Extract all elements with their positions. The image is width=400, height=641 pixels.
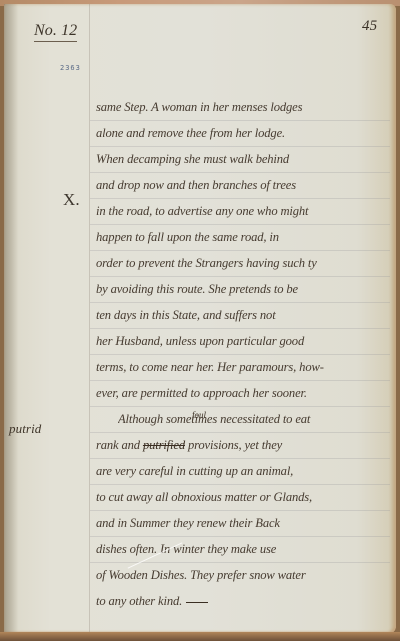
- text-line: ever, are permitted to approach her soon…: [96, 386, 392, 401]
- page-number: 45: [362, 18, 377, 35]
- ruled-line: [90, 510, 390, 511]
- text-line: Although sometimes necessitated to eat: [118, 412, 392, 427]
- margin-rule: [89, 4, 90, 634]
- ruled-line: [90, 328, 390, 329]
- text-line: same Step. A woman in her menses lodges: [96, 100, 392, 115]
- text-line: terms, to come near her. Her paramours, …: [96, 360, 392, 375]
- text-line-final: to any other kind.: [96, 594, 392, 609]
- text-line: in the road, to advertise any one who mi…: [96, 204, 392, 219]
- ruled-line: [90, 120, 390, 121]
- ruled-line: [90, 354, 390, 355]
- entry-number: No. 12: [34, 22, 77, 42]
- text-line: to cut away all obnoxious matter or Glan…: [96, 490, 392, 505]
- margin-note: putrid: [9, 421, 41, 437]
- text-line: and in Summer they renew their Back: [96, 516, 392, 531]
- end-dash: [186, 602, 208, 603]
- ruled-line: [90, 198, 390, 199]
- ruled-line: [90, 172, 390, 173]
- text-line: When decamping she must walk behind: [96, 152, 392, 167]
- binding-bottom-edge: [0, 632, 400, 641]
- text-line-with-strike: rank and putrified provisions, yet they: [96, 438, 392, 453]
- ruled-line: [90, 484, 390, 485]
- text-line: dishes often. In winter they make use: [96, 542, 392, 557]
- text-fragment: rank and: [96, 438, 140, 452]
- text-line: of Wooden Dishes. They prefer snow water: [96, 568, 392, 583]
- ruled-line: [90, 380, 390, 381]
- ruled-line: [90, 224, 390, 225]
- text-line: alone and remove thee from her lodge.: [96, 126, 392, 141]
- text-line: her Husband, unless upon particular good: [96, 334, 392, 349]
- gutter-shadow: [4, 4, 18, 634]
- text-line: order to prevent the Strangers having su…: [96, 256, 392, 271]
- text-line: are very careful in cutting up an animal…: [96, 464, 392, 479]
- ruled-line: [90, 146, 390, 147]
- ruled-line: [90, 536, 390, 537]
- ruled-line: [90, 250, 390, 251]
- ruled-line: [90, 276, 390, 277]
- margin-x-mark: X.: [63, 190, 80, 210]
- text-line: happen to fall upon the same road, in: [96, 230, 392, 245]
- text-fragment: provisions, yet they: [188, 438, 282, 452]
- ruled-line: [90, 458, 390, 459]
- text-line: by avoiding this route. She pretends to …: [96, 282, 392, 297]
- ruled-line: [90, 432, 390, 433]
- text-line: ten days in this State, and suffers not: [96, 308, 392, 323]
- text-fragment: to any other kind.: [96, 594, 182, 608]
- archive-stamp: 2363: [60, 64, 81, 72]
- struck-word: putrified: [143, 438, 185, 452]
- text-line: and drop now and then branches of trees: [96, 178, 392, 193]
- ruled-line: [90, 406, 390, 407]
- ruled-line: [90, 302, 390, 303]
